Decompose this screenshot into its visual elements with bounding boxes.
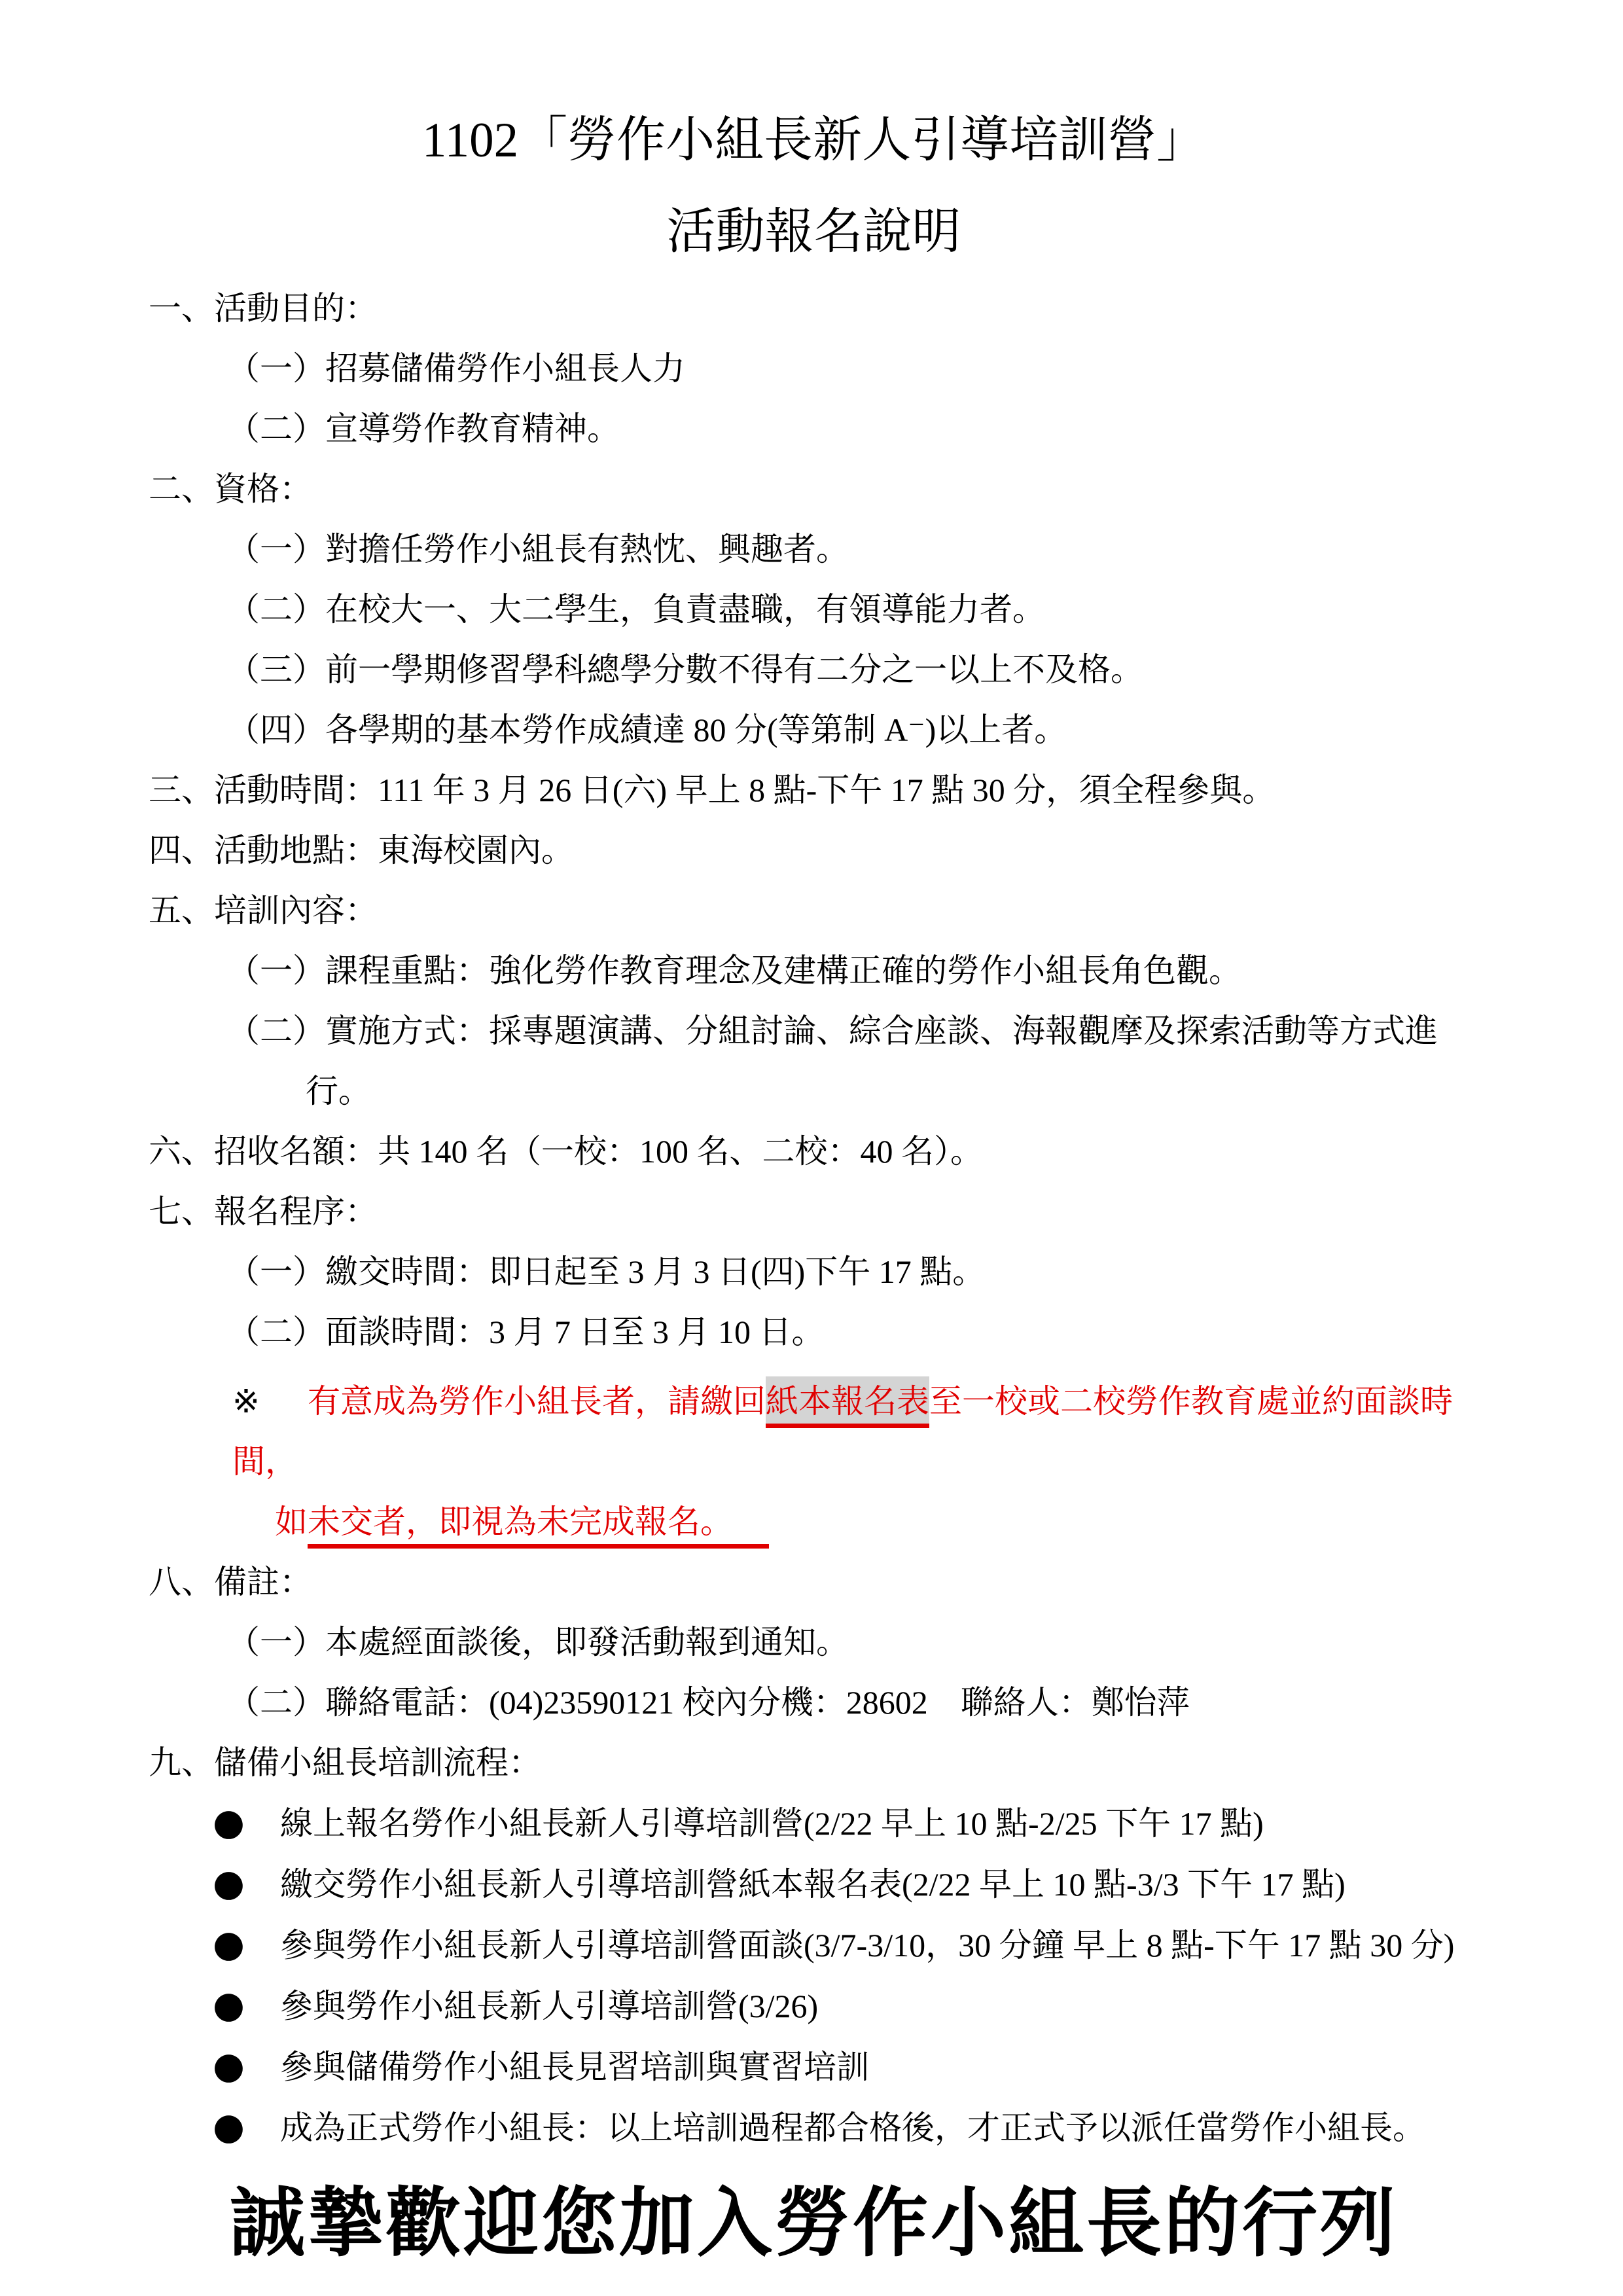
red-note-line: ※有意成為勞作小組長者，請繳回紙本報名表至一校或二校勞作教育處並約面談時間，	[232, 1371, 1479, 1492]
bullet-text: 線上報名勞作小組長新人引導培訓營(2/22 早上 10 點-2/25 下午 17…	[280, 1805, 1264, 1842]
bullet-item-line: ●繳交勞作小組長新人引導培訓營紙本報名表(2/22 早上 10 點-3/3 下午…	[213, 1854, 1479, 1914]
section-heading-line: 四、活動地點：東海校園內。	[149, 820, 1479, 880]
item-number-marker: （二）	[227, 399, 325, 459]
continuation-line: 行。	[306, 1061, 1479, 1121]
bullet-dot-icon: ●	[213, 1793, 280, 1853]
sub-item-line: （一）對擔任勞作小組長有熱忱、興趣者。	[227, 519, 1479, 579]
section-heading-line: 三、活動時間：111 年 3 月 26 日(六) 早上 8 點-下午 17 點 …	[149, 760, 1479, 820]
sub-item-line: （二）面談時間：3 月 7 日至 3 月 10 日。	[227, 1302, 1479, 1362]
line-text: 三、活動時間：111 年 3 月 26 日(六) 早上 8 點-下午 17 點 …	[149, 772, 1275, 808]
red-note-text: 有意成為勞作小組長者，請繳回	[308, 1383, 766, 1420]
section-heading-line: 六、招收名額：共 140 名（一校：100 名、二校：40 名）。	[149, 1121, 1479, 1181]
item-number-marker: （一）	[227, 1242, 325, 1302]
line-text: 一、活動目的：	[149, 290, 378, 327]
line-text: 八、備註：	[149, 1564, 312, 1600]
bullet-text: 參與儲備勞作小組長見習培訓與實習培訓	[280, 2049, 869, 2085]
item-number-marker: （一）	[227, 941, 325, 1001]
line-text: 七、報名程序：	[149, 1193, 378, 1230]
bullet-dot-icon: ●	[213, 1975, 280, 2036]
sub-item-line: （二）宣導勞作教育精神。	[227, 399, 1479, 459]
item-text: 對擔任勞作小組長有熱忱、興趣者。	[325, 531, 849, 567]
item-text: 前一學期修習學科總學分數不得有二分之一以上不及格。	[325, 651, 1143, 688]
item-text: 課程重點：強化勞作教育理念及建構正確的勞作小組長角色觀。	[325, 952, 1241, 989]
item-text: 在校大一、大二學生，負責盡職，有領導能力者。	[325, 591, 1045, 628]
item-number-marker: （四）	[227, 700, 325, 760]
item-number-marker: （一）	[227, 338, 325, 399]
line-text: 六、招收名額：共 140 名（一校：100 名、二校：40 名）。	[149, 1133, 983, 1170]
section-heading-line: 一、活動目的：	[149, 278, 1479, 338]
bullet-item-line: ●線上報名勞作小組長新人引導培訓營(2/22 早上 10 點-2/25 下午 1…	[213, 1793, 1479, 1854]
underlined-red-text: 未交者，即視為未完成報名。	[308, 1503, 769, 1549]
item-number-marker: （二）	[227, 1672, 325, 1732]
line-text: 四、活動地點：東海校園內。	[149, 832, 574, 869]
item-text: 繳交時間：即日起至 3 月 3 日(四)下午 17 點。	[325, 1253, 985, 1290]
bullet-dot-icon: ●	[213, 2036, 280, 2096]
line-text: 行。	[306, 1073, 371, 1109]
sub-item-line: （三）前一學期修習學科總學分數不得有二分之一以上不及格。	[227, 639, 1479, 700]
bullet-text: 參與勞作小組長新人引導培訓營面談(3/7-3/10，30 分鐘 早上 8 點-下…	[280, 1927, 1454, 1964]
item-number-marker: （一）	[227, 1612, 325, 1672]
section-heading-line: 二、資格：	[149, 459, 1479, 519]
bullet-item-line: ●參與勞作小組長新人引導培訓營(3/26)	[213, 1975, 1479, 2036]
sub-item-line: （二）實施方式：採專題演講、分組討論、綜合座談、海報觀摩及探索活動等方式進	[227, 1001, 1479, 1061]
item-number-marker: （二）	[227, 1302, 325, 1362]
document-title-line1: 1102「勞作小組長新人引導培訓營」	[149, 95, 1479, 187]
line-text: 五、培訓內容：	[149, 892, 378, 929]
item-text: 各學期的基本勞作成績達 80 分(等第制 A⁻)以上者。	[325, 711, 1067, 748]
item-text: 聯絡電話：(04)23590121 校內分機：28602 聯絡人：鄭怡萍	[325, 1684, 1190, 1721]
sub-item-line: （一）繳交時間：即日起至 3 月 3 日(四)下午 17 點。	[227, 1242, 1479, 1302]
reference-mark-icon: ※	[232, 1371, 308, 1431]
bullet-text: 參與勞作小組長新人引導培訓營(3/26)	[280, 1988, 818, 2024]
bullet-item-line: ●成為正式勞作小組長：以上培訓過程都合格後，才正式予以派任當勞作小組長。	[213, 2097, 1479, 2158]
closing-banner: 誠摯歡迎您加入勞作小組長的行列	[149, 2170, 1479, 2278]
sub-item-line: （一）招募儲備勞作小組長人力	[227, 338, 1479, 399]
section-heading-line: 五、培訓內容：	[149, 880, 1479, 941]
item-text: 招募儲備勞作小組長人力	[325, 350, 685, 387]
bullet-text: 成為正式勞作小組長：以上培訓過程都合格後，才正式予以派任當勞作小組長。	[280, 2109, 1425, 2146]
sub-item-line: （一）本處經面談後，即發活動報到通知。	[227, 1612, 1479, 1672]
document-page: 1102「勞作小組長新人引導培訓營」 活動報名說明 一、活動目的：（一）招募儲備…	[0, 0, 1623, 2296]
sub-item-line: （四）各學期的基本勞作成績達 80 分(等第制 A⁻)以上者。	[227, 700, 1479, 760]
section-heading-line: 九、儲備小組長培訓流程：	[149, 1732, 1479, 1793]
bullet-dot-icon: ●	[213, 2097, 280, 2157]
item-text: 實施方式：採專題演講、分組討論、綜合座談、海報觀摩及探索活動等方式進	[325, 1013, 1438, 1049]
bullet-dot-icon: ●	[213, 1854, 280, 1914]
item-text: 面談時間：3 月 7 日至 3 月 10 日。	[325, 1314, 825, 1350]
bullet-text: 繳交勞作小組長新人引導培訓營紙本報名表(2/22 早上 10 點-3/3 下午 …	[280, 1866, 1346, 1903]
red-note-continuation-line: 如未交者，即視為未完成報名。	[275, 1492, 1479, 1552]
highlighted-underlined-text: 紙本報名表	[766, 1376, 929, 1428]
bullet-item-line: ●參與儲備勞作小組長見習培訓與實習培訓	[213, 2036, 1479, 2097]
line-text: 二、資格：	[149, 471, 312, 507]
document-content: 1102「勞作小組長新人引導培訓營」 活動報名說明 一、活動目的：（一）招募儲備…	[0, 0, 1623, 2278]
red-note-text: 如	[275, 1503, 308, 1540]
item-number-marker: （三）	[227, 639, 325, 700]
section-heading-line: 八、備註：	[149, 1552, 1479, 1612]
item-number-marker: （一）	[227, 519, 325, 579]
sub-item-line: （二）在校大一、大二學生，負責盡職，有領導能力者。	[227, 579, 1479, 639]
bullet-dot-icon: ●	[213, 1914, 280, 1975]
section-heading-line: 七、報名程序：	[149, 1181, 1479, 1242]
document-body: 一、活動目的：（一）招募儲備勞作小組長人力（二）宣導勞作教育精神。二、資格：（一…	[149, 278, 1479, 2158]
bullet-item-line: ●參與勞作小組長新人引導培訓營面談(3/7-3/10，30 分鐘 早上 8 點-…	[213, 1914, 1479, 1975]
line-text: 九、儲備小組長培訓流程：	[149, 1744, 541, 1781]
document-title-line2: 活動報名說明	[149, 187, 1479, 278]
item-number-marker: （二）	[227, 579, 325, 639]
sub-item-line: （一）課程重點：強化勞作教育理念及建構正確的勞作小組長角色觀。	[227, 941, 1479, 1001]
sub-item-line: （二）聯絡電話：(04)23590121 校內分機：28602 聯絡人：鄭怡萍	[227, 1672, 1479, 1732]
item-text: 本處經面談後，即發活動報到通知。	[325, 1624, 849, 1660]
item-number-marker: （二）	[227, 1001, 325, 1061]
item-text: 宣導勞作教育精神。	[325, 410, 620, 447]
